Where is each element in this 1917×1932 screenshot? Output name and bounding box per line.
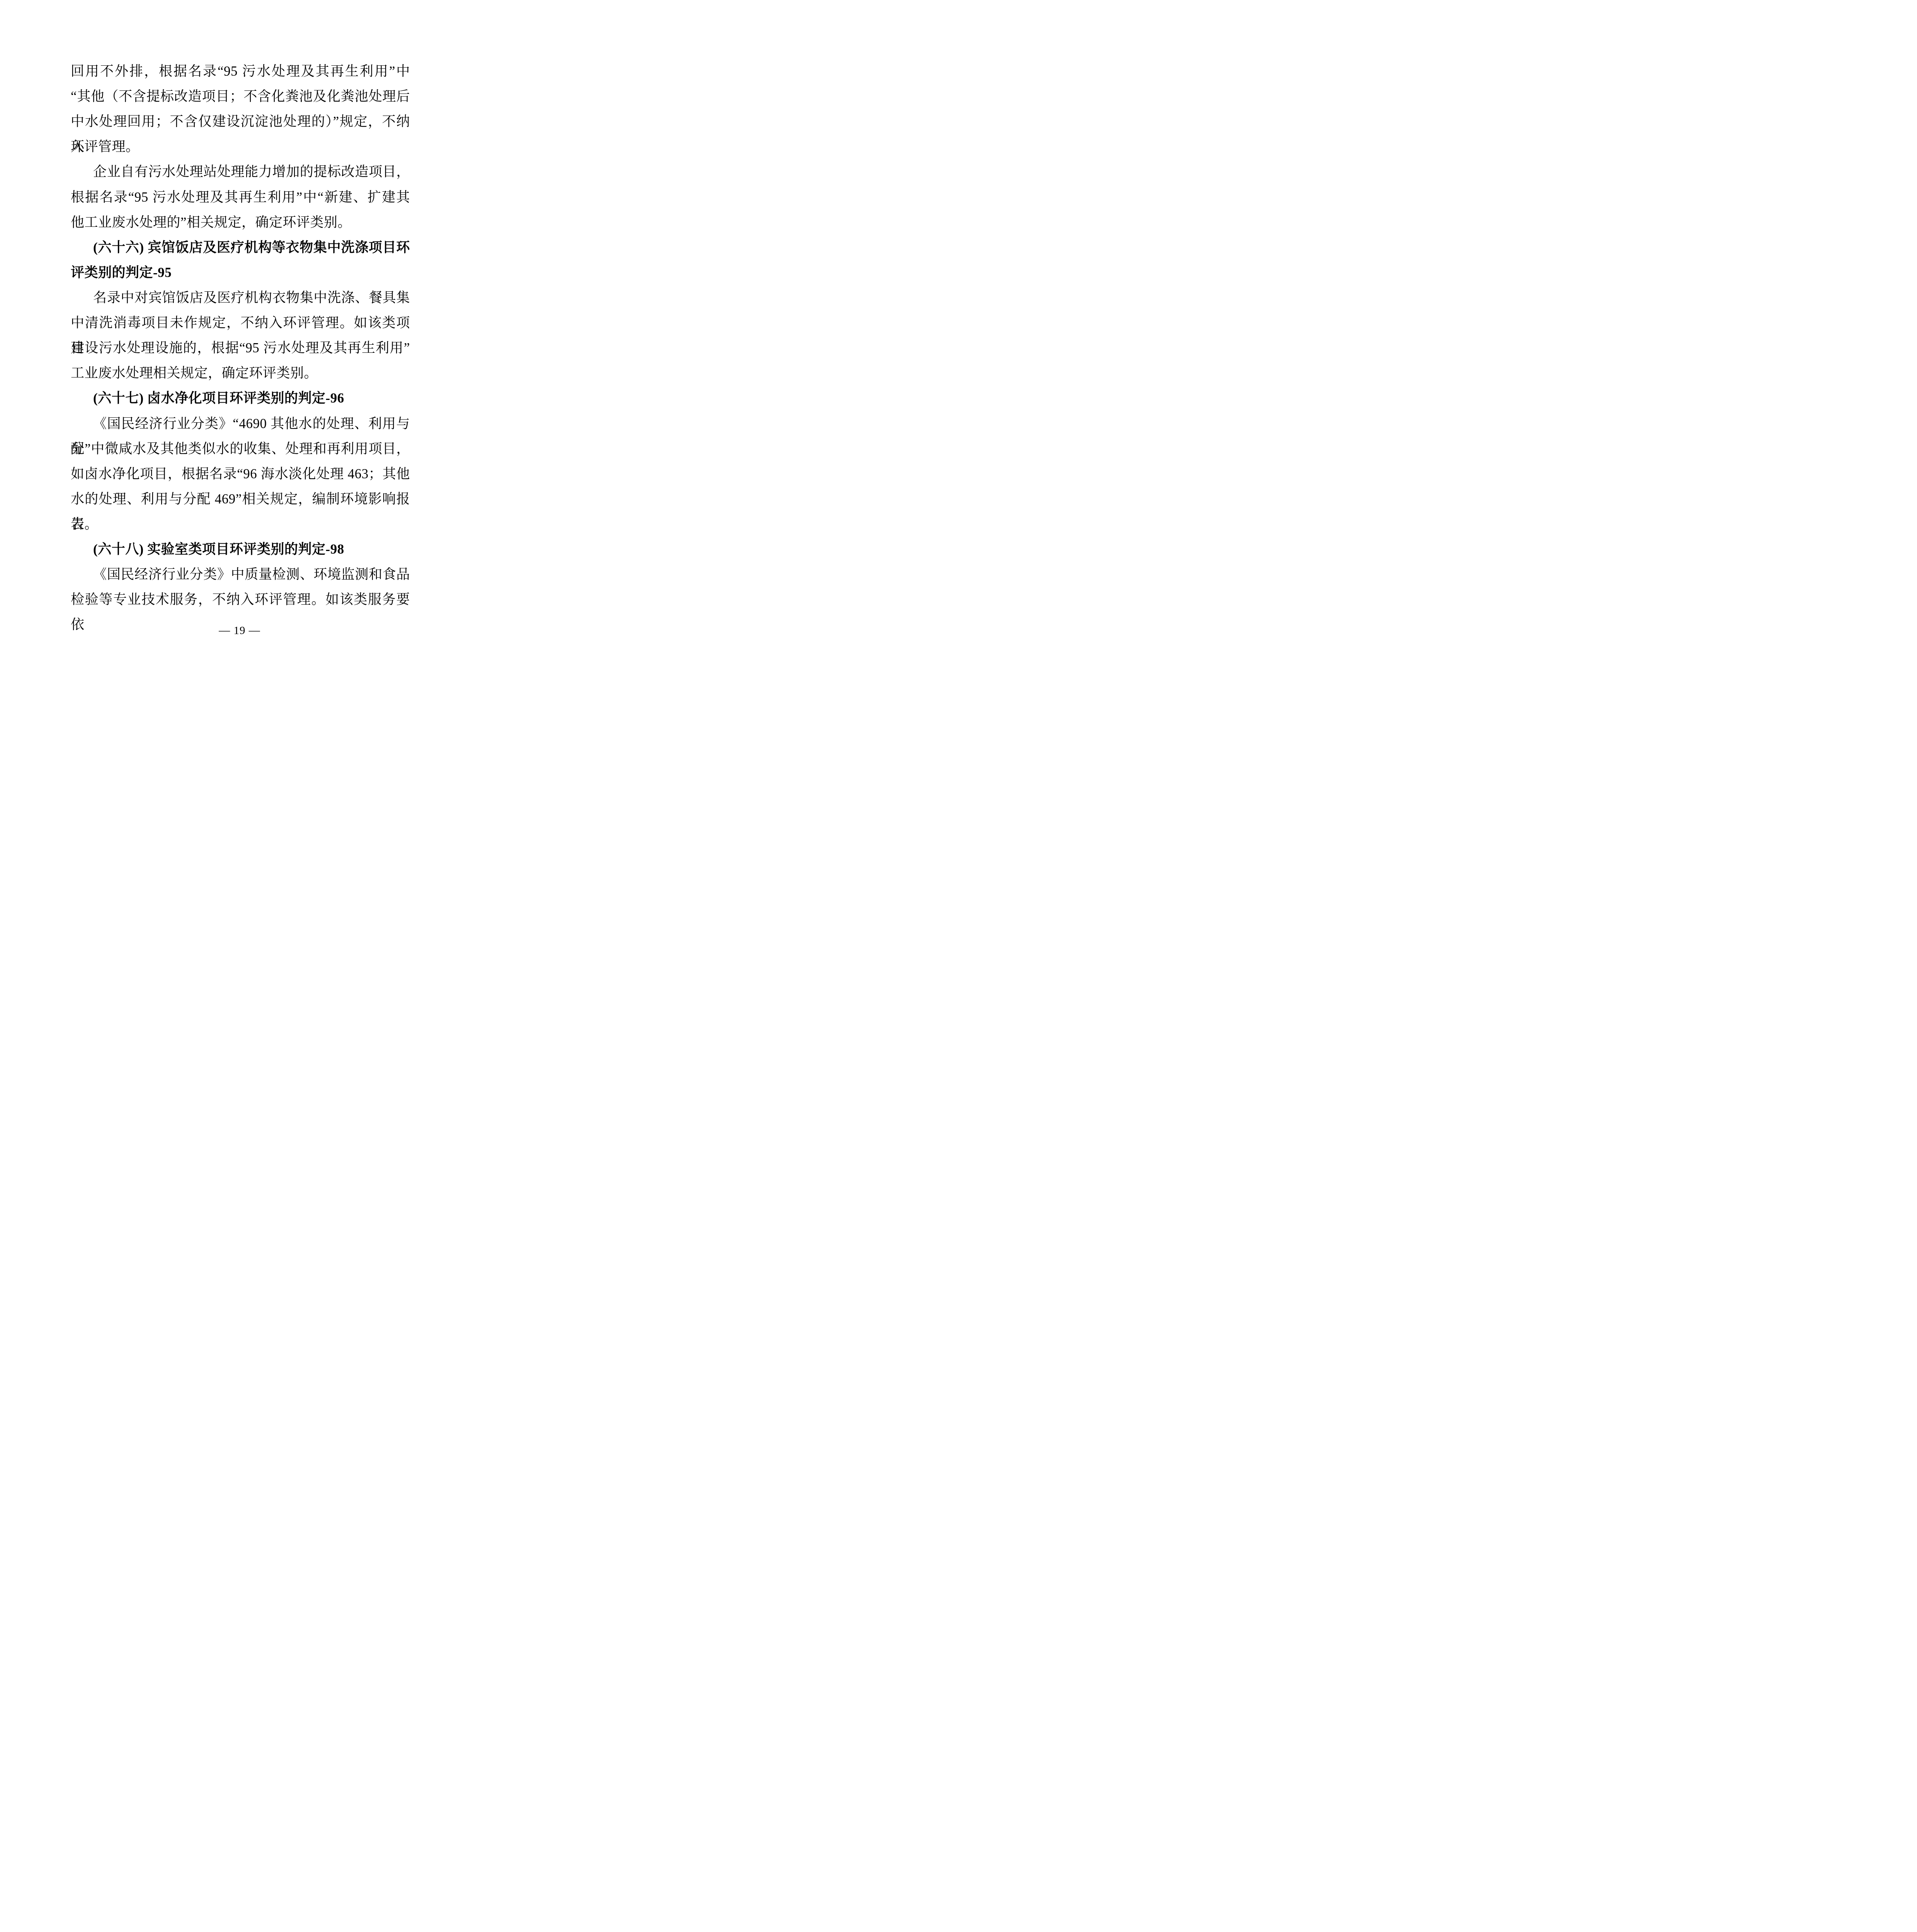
text-line: “其他（不含提标改造项目；不含化粪池及化粪池处理后 bbox=[71, 84, 410, 109]
text-line: (六十八) 实验室类项目环评类别的判定-98 bbox=[71, 537, 410, 562]
text-line: 表。 bbox=[71, 512, 410, 537]
document-text-block: 回用不外排，根据名录“95 污水处理及其再生利用”中 “其他（不含提标改造项目；… bbox=[71, 59, 410, 612]
text-line: 水的处理、利用与分配 469”相关规定，编制环境影响报告 bbox=[71, 486, 410, 512]
text-line: (六十七) 卤水净化项目环评类别的判定-96 bbox=[71, 386, 410, 411]
text-line: 企业自有污水处理站处理能力增加的提标改造项目， bbox=[71, 159, 410, 184]
text-line: 根据名录“95 污水处理及其再生利用”中“新建、扩建其 bbox=[71, 185, 410, 210]
text-line: 建设污水处理设施的，根据“95 污水处理及其再生利用” bbox=[71, 335, 410, 361]
document-page: 回用不外排，根据名录“95 污水处理及其再生利用”中 “其他（不含提标改造项目；… bbox=[0, 0, 479, 678]
text-line: 中清洗消毒项目未作规定，不纳入环评管理。如该类项目 bbox=[71, 310, 410, 335]
text-line: 《国民经济行业分类》中质量检测、环境监测和食品 bbox=[71, 562, 410, 587]
text-line: 配”中微咸水及其他类似水的收集、处理和再利用项目， bbox=[71, 436, 410, 461]
text-line: 环评管理。 bbox=[71, 134, 410, 159]
text-line: 评类别的判定-95 bbox=[71, 260, 410, 285]
text-line: 工业废水处理相关规定，确定环评类别。 bbox=[71, 361, 410, 386]
text-line: 检验等专业技术服务，不纳入环评管理。如该类服务要依 bbox=[71, 587, 410, 612]
page-number: — 19 — bbox=[0, 623, 479, 638]
text-line: (六十六) 宾馆饭店及医疗机构等衣物集中洗涤项目环 bbox=[71, 235, 410, 260]
text-line: 名录中对宾馆饭店及医疗机构衣物集中洗涤、餐具集 bbox=[71, 285, 410, 310]
text-line: 回用不外排，根据名录“95 污水处理及其再生利用”中 bbox=[71, 59, 410, 84]
text-line: 中水处理回用；不含仅建设沉淀池处理的）”规定，不纳入 bbox=[71, 109, 410, 134]
text-line: 如卤水净化项目，根据名录“96 海水淡化处理 463；其他 bbox=[71, 461, 410, 486]
text-line: 他工业废水处理的”相关规定，确定环评类别。 bbox=[71, 210, 410, 235]
text-line: 《国民经济行业分类》“4690 其他水的处理、利用与分 bbox=[71, 411, 410, 436]
